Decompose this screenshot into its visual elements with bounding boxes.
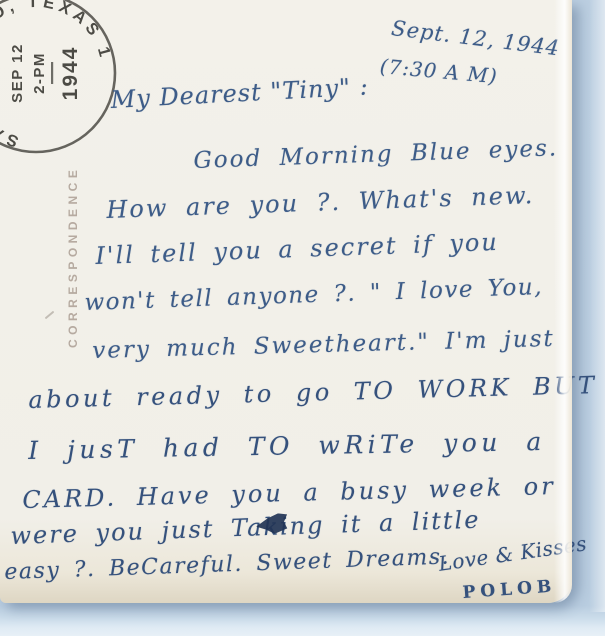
letter-line: about ready to go TO WORK BUT: [28, 371, 598, 414]
letter-line: easy ?. BeCareful. Sweet Dreams.: [4, 544, 450, 585]
letter-line: I jusT had TO wRiTe you a: [28, 427, 546, 465]
postmark-time: 2-PM: [31, 52, 48, 94]
postmark-date: SEP 12: [9, 43, 26, 103]
letter-line: won't tell anyone ?. " I love You,: [84, 274, 543, 316]
postmark-year: 1944: [59, 46, 82, 101]
letter-signature: POLOB: [462, 576, 557, 602]
correspondence-label: CORRESPONDENCE: [66, 126, 80, 348]
letter-line: I'll tell you a secret if you: [95, 228, 499, 270]
letter-line: How are you ?. What's new.: [106, 181, 535, 224]
letter-line: Good Morning Blue eyes.: [193, 135, 559, 174]
letter-salutation: My Dearest "Tiny" :: [110, 72, 369, 113]
scan-edge-glow: [589, 0, 605, 612]
postmark-divider: [51, 62, 53, 84]
letter-closing: Love & Kisses: [437, 531, 588, 576]
letter-time: (7:30 A M): [379, 54, 499, 88]
letter-line: very much Sweetheart." I'm just: [92, 326, 555, 364]
postcard: SAN ANTONIO, TEXAS 1 SEP 12 2-PM 1944 CO…: [0, 0, 572, 603]
stray-mark: [45, 311, 55, 320]
postcard-scan: SAN ANTONIO, TEXAS 1 SEP 12 2-PM 1944 CO…: [0, 0, 605, 636]
letter-date: Sept. 12, 1944: [390, 16, 561, 60]
